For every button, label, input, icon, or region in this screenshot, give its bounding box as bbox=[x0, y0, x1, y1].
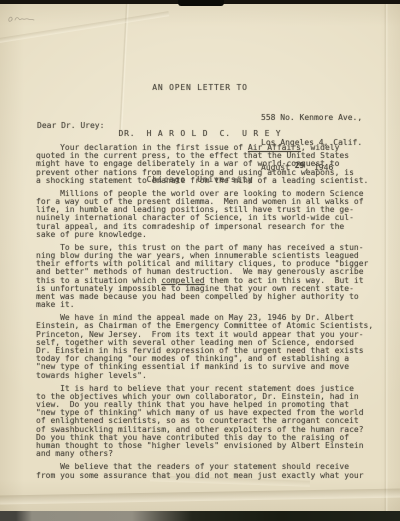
paragraph: We believe that the readers of your stat… bbox=[36, 463, 373, 479]
letter-line: and many others? bbox=[36, 450, 373, 458]
letter-line: towards higher levels". bbox=[36, 372, 373, 380]
text-run: and many others? bbox=[36, 449, 113, 458]
paragraph: Millions of people the world over are lo… bbox=[36, 190, 373, 239]
letter-line: a shocking statement to emanate from the… bbox=[36, 177, 373, 185]
letter-scan: AN OPEN LETTER TO DR. H A R O L D C. U R… bbox=[0, 0, 400, 521]
text-run: from you some assurance that you did not… bbox=[36, 471, 364, 480]
salutation: Dear Dr. Urey: bbox=[37, 121, 104, 130]
letter-line: make it. bbox=[36, 301, 373, 309]
sender-address-line: 558 No. Kenmore Ave., bbox=[261, 114, 362, 122]
photo-bottom-edge bbox=[0, 511, 400, 521]
paragraph: It is hard to believe that your recent s… bbox=[36, 385, 373, 459]
photo-top-notch bbox=[178, 0, 224, 6]
letter-line: from you some assurance that you did not… bbox=[36, 472, 373, 480]
paragraph: Your declaration in the first issue of A… bbox=[36, 144, 373, 185]
text-run: sake of pure knowledge. bbox=[36, 230, 147, 239]
letter-title: AN OPEN LETTER TO bbox=[0, 80, 400, 95]
letter-body: Your declaration in the first issue of A… bbox=[36, 144, 373, 480]
paper-crease bbox=[0, 489, 400, 505]
text-run: ment was made because you had been compe… bbox=[36, 292, 359, 301]
letter-line: ment was made because you had been compe… bbox=[36, 293, 373, 301]
text-run: a shocking statement to emanate from the… bbox=[36, 176, 368, 185]
text-run: make it. bbox=[36, 300, 75, 309]
paragraph: To be sure, this trust on the part of ma… bbox=[36, 244, 373, 310]
text-run: towards higher levels". bbox=[36, 371, 147, 380]
letter-line: sake of pure knowledge. bbox=[36, 231, 373, 239]
handwritten-pencil-annotation bbox=[7, 13, 41, 25]
paragraph: We have in mind the appeal made on May 2… bbox=[36, 314, 373, 380]
